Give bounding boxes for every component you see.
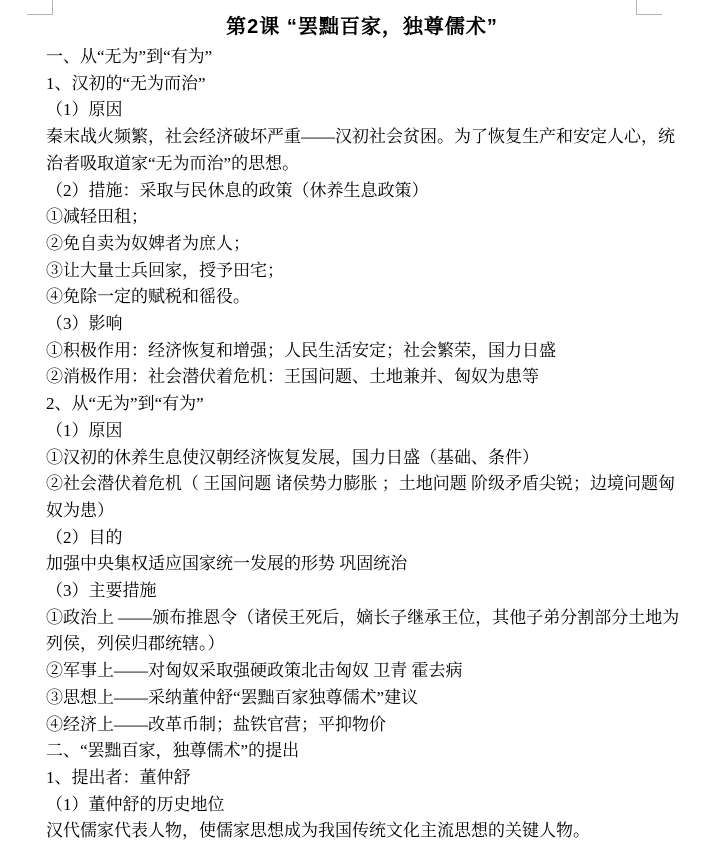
list-item: ①积极作用：经济恢复和增强；人民生活安定；社会繁荣，国力日盛: [46, 338, 691, 365]
list-item: ①政治上 ——颁布推恩令（诸侯王死后，嫡长子继承王位，其他子弟分割部分土地为列侯…: [46, 605, 691, 658]
paragraph: 秦末战火频繁，社会经济破坏严重——汉初社会贫困。为了恢复生产和安定人心，统治者吸…: [46, 124, 691, 177]
outline-item: （2）目的: [46, 525, 691, 552]
list-item: ②社会潜伏着危机（ 王国问题 诸侯势力膨胀 ；土地问题 阶级矛盾尖锐；边境问题匈…: [46, 471, 691, 524]
list-item: ②消极作用：社会潜伏着危机：王国问题、土地兼并、匈奴为患等: [46, 364, 691, 391]
document-body: 一、从“无为”到“有为” 1、汉初的“无为而治” （1）原因 秦末战火频繁，社会…: [46, 44, 691, 845]
outline-heading-section-2: 二、“罢黜百家，独尊儒术”的提出: [46, 738, 691, 765]
list-item: ①汉初的休养生息使汉朝经济恢复发展，国力日盛（基础、条件）: [46, 445, 691, 472]
list-item: ②军事上——对匈奴采取强硬政策北击匈奴 卫青 霍去病: [46, 658, 691, 685]
outline-item: （2）措施：采取与民休息的政策（休养生息政策）: [46, 178, 691, 205]
list-item: ③思想上——采纳董仲舒“罢黜百家独尊儒术”建议: [46, 685, 691, 712]
list-item: ④经济上——改革币制；盐铁官营；平抑物价: [46, 712, 691, 739]
margin-corner-mark-left: [27, 0, 53, 15]
outline-item: （3）主要措施: [46, 578, 691, 605]
list-item: ④免除一定的赋税和徭役。: [46, 284, 691, 311]
paragraph: 汉代儒家代表人物，使儒家思想成为我国传统文化主流思想的关键人物。: [46, 818, 691, 845]
outline-heading-section-1: 一、从“无为”到“有为”: [46, 44, 691, 71]
outline-item: （3）影响: [46, 311, 691, 338]
list-item: ①减轻田租；: [46, 204, 691, 231]
outline-item: （1）原因: [46, 418, 691, 445]
outline-subheading: 1、汉初的“无为而治”: [46, 71, 691, 98]
outline-item: （1）董仲舒的历史地位: [46, 792, 691, 819]
document-page: 第2课 “罢黜百家，独尊儒术” 一、从“无为”到“有为” 1、汉初的“无为而治”…: [0, 0, 724, 849]
paragraph: 加强中央集权适应国家统一发展的形势 巩固统治: [46, 551, 691, 578]
margin-corner-mark-right: [636, 0, 662, 15]
list-item: ②免自卖为奴婢者为庶人；: [46, 231, 691, 258]
page-title: 第2课 “罢黜百家，独尊儒术”: [0, 0, 724, 39]
outline-item: （1）原因: [46, 97, 691, 124]
outline-subheading: 2、从“无为”到“有为”: [46, 391, 691, 418]
list-item: ③让大量士兵回家，授予田宅；: [46, 258, 691, 285]
outline-subheading: 1、提出者：董仲舒: [46, 765, 691, 792]
